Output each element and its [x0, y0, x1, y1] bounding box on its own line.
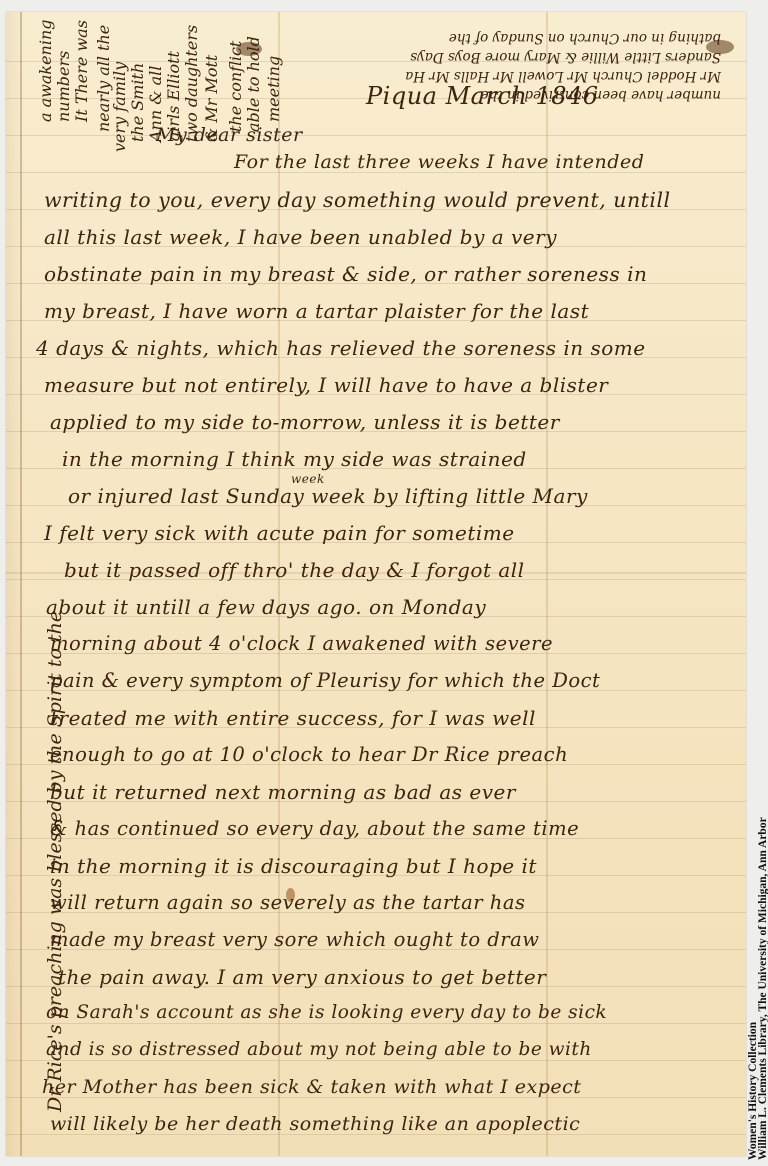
crossed-writing: Ann & all [146, 66, 165, 142]
crossed-writing: very family [110, 62, 129, 152]
body-line: I felt very sick with acute pain for som… [44, 521, 515, 545]
body-line: all this last week, I have been unabled … [44, 225, 557, 249]
place-date: Piqua March 1846 [366, 82, 599, 110]
body-line: and is so distressed about my not being … [46, 1039, 592, 1060]
body-line: & has continued so every day, about the … [50, 817, 579, 840]
body-line: will return again so severely as the tar… [50, 891, 525, 914]
body-line: morning about 4 o'clock I awakened with … [50, 632, 553, 655]
crossed-writing: meeting [264, 56, 283, 122]
crossed-writing: able to hold [244, 36, 263, 132]
crossed-writing: a awakening [36, 19, 55, 122]
crossed-writing: numbers [54, 51, 73, 122]
body-line: For the last three weeks I have intended [234, 151, 644, 173]
archive-credit-line2: William L. Clements Library, The Univers… [757, 817, 768, 1160]
body-line: writing to you, every day something woul… [44, 188, 671, 212]
crossed-writing: & Mr Mott [202, 55, 221, 142]
body-line: the pain away. I am very anxious to get … [58, 965, 546, 989]
body-line: in the morning it is discouraging but I … [50, 854, 537, 878]
letter-page: number have been contrived in the Mr Hod… [6, 12, 746, 1156]
body-line: enough to go at 10 o'clock to hear Dr Ri… [50, 743, 568, 766]
body-line: measure but not entirely, I will have to… [44, 373, 608, 397]
crossed-writing: girls Elliott [164, 51, 183, 142]
crossed-writing: two daughters [182, 25, 201, 142]
crossed-writing: the Smith [128, 63, 147, 142]
body-line: will likely be her death something like … [50, 1113, 580, 1135]
body-line: applied to my side to-morrow, unless it … [50, 410, 560, 434]
body-line: my breast, I have worn a tartar plaister… [44, 299, 589, 323]
body-line: but it passed off thro' the day & I forg… [64, 558, 525, 582]
body-line: 4 days & nights, which has relieved the … [36, 336, 646, 360]
body-line: made my breast very sore which ought to … [50, 928, 539, 951]
body-line: in the morning I think my side was strai… [62, 447, 527, 471]
body-line: her Mother has been sick & taken with wh… [42, 1076, 581, 1098]
crossed-writing: It There was [72, 20, 91, 122]
body-line: obstinate pain in my breast & side, or r… [44, 262, 647, 286]
fold-crease-vertical [546, 12, 548, 1156]
body-line: but it returned next morning as bad as e… [50, 780, 516, 804]
body-line: treated me with entire success, for I wa… [50, 706, 536, 730]
body-line: pain & every symptom of Pleurisy for whi… [50, 669, 600, 692]
body-line: on Sarah's account as she is looking eve… [46, 1002, 607, 1023]
body-line: or injured last Sunday week by lifting l… [68, 484, 588, 508]
margin-fold [20, 12, 22, 1156]
body-line: about it untill a few days ago. on Monda… [46, 595, 486, 619]
crossed-writing: the conflict [226, 41, 245, 132]
